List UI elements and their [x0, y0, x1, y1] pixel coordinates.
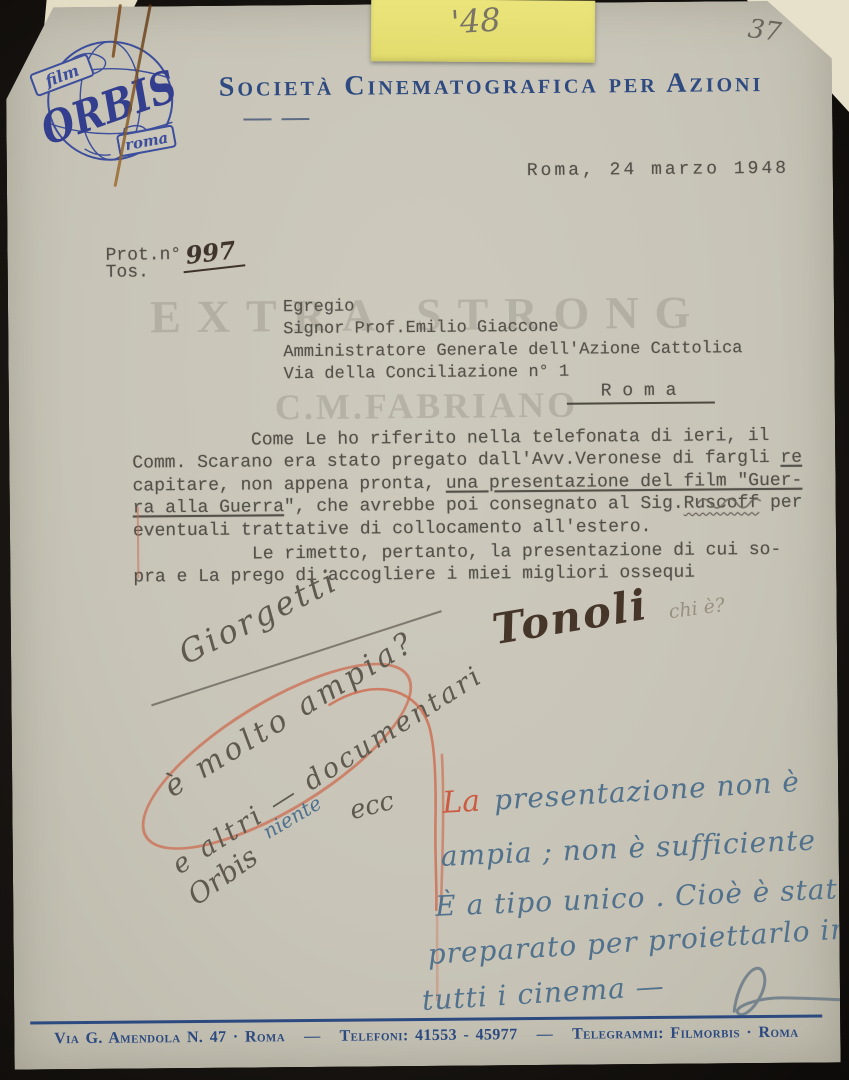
- typed-segment-underlined: ra alla Guerra: [133, 497, 284, 518]
- recipient-city-underline: [567, 401, 715, 404]
- body-paragraph-1: Come Le ho riferito nella telefonata di …: [132, 425, 803, 543]
- dateline: Roma, 24 marzo 1948: [527, 159, 789, 181]
- page-number: 37: [746, 14, 783, 48]
- ink-signature: Tonoli: [489, 580, 652, 654]
- company-name: Società Cinematografica per Azioni: [176, 67, 806, 104]
- handwriting-chi-e: chi è?: [667, 594, 726, 623]
- watermark-fabriano: C.M.FABRIANO: [275, 384, 579, 429]
- recipient-line: Amministratore Generale dell'Azione Catt…: [283, 338, 742, 364]
- typed-line: pra e La prego di accogliere i miei migl…: [133, 561, 781, 589]
- blue-note-line-2: ampia ; non è sufficiente: [440, 823, 817, 872]
- protocol-number-handwritten: 997: [180, 234, 245, 273]
- header-underline: [243, 118, 309, 121]
- typed-segment: capitare, non appena pronta,: [132, 474, 445, 497]
- blue-note-line-1: La presentazione non è: [441, 764, 801, 821]
- letter-paper: EXTRA STRONG C.M.FABRIANO film ORBIS rom…: [5, 0, 840, 1069]
- reference-initials: Tos.: [106, 262, 149, 282]
- typed-segment: eventuali trattative di collocamento all…: [133, 517, 652, 542]
- recipient-city: R o m a: [601, 381, 677, 402]
- recipient-block: EgregioSignor Prof.Emilio GiacconeAmmini…: [283, 293, 743, 387]
- footer-address: Via G. Amendola N. 47 · Roma — Telefoni:…: [30, 1024, 822, 1049]
- typed-segment: ", che avrebbe poi consegnato al Sig.: [284, 494, 684, 517]
- blue-note-text-1: presentazione non è: [493, 765, 801, 817]
- body-paragraph-2: Le rimetto, pertanto, la presentazione d…: [133, 539, 781, 589]
- scan-background: EXTRA STRONG C.M.FABRIANO film ORBIS rom…: [0, 0, 849, 1080]
- orbis-logo: film ORBIS roma: [24, 28, 195, 174]
- pencil-squiggle: [695, 493, 765, 510]
- typed-segment-underlined: una presentazione del film "Guer-: [446, 471, 803, 494]
- typed-segment: per: [759, 493, 802, 513]
- blue-note-la-red: La: [441, 784, 481, 821]
- sticky-note-label: '48: [450, 0, 502, 41]
- sticky-note: '48: [371, 0, 595, 63]
- typed-segment-underlined: re: [780, 448, 802, 468]
